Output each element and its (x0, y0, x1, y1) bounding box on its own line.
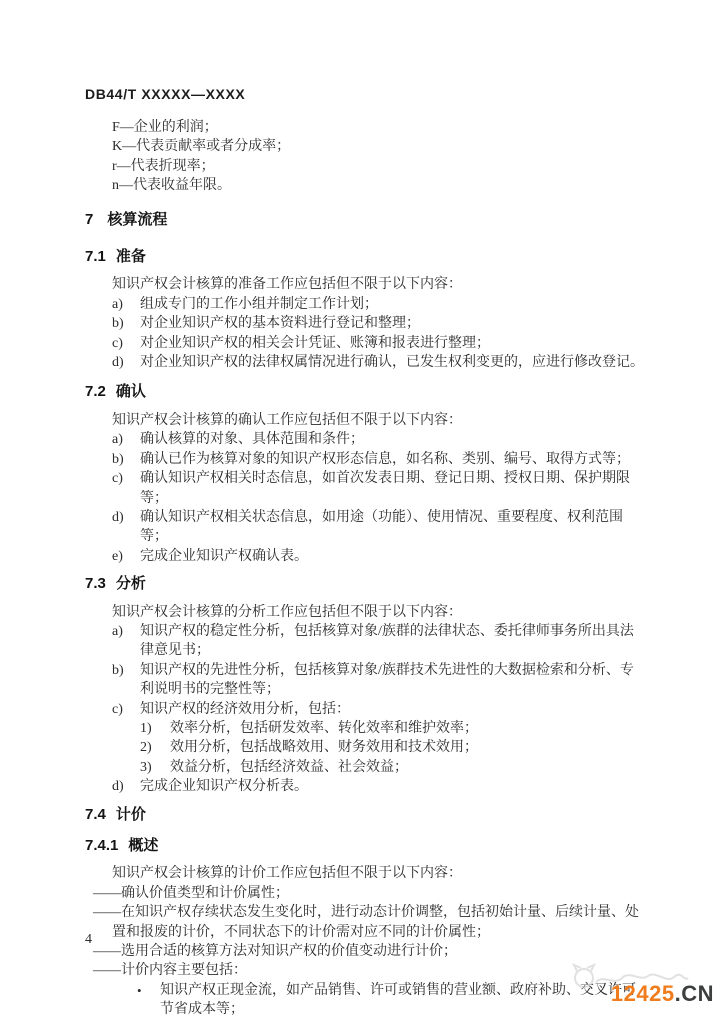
watermark-number: 12425 (611, 981, 675, 1006)
section-title: 确认 (116, 382, 146, 401)
chapter-number: 7 (85, 210, 93, 229)
list-item-text: 对企业知识产权的基本资料进行登记和整理； (140, 314, 645, 333)
section-7-4-heading: 7.4 计价 (85, 805, 645, 824)
list-item: c) 确认知识产权相关时态信息，如首次发表日期、登记日期、授权日期、保护期限等； (112, 469, 645, 508)
section-7-2-heading: 7.2 确认 (85, 382, 645, 401)
sublist-item: 2) 效用分析，包括战略效用、财务效用和技术效用； (140, 738, 645, 757)
list-item-label: d) (112, 353, 140, 372)
definition-line: r—代表折现率； (112, 157, 645, 176)
section-title: 准备 (116, 247, 146, 266)
section-7-3-list-d: d) 完成企业知识产权分析表。 (112, 777, 645, 796)
sublist-item: 1) 效率分析，包括研发效率、转化效率和维护效率； (140, 719, 645, 738)
chapter-title: 核算流程 (107, 210, 167, 229)
list-item-label: c) (112, 469, 140, 508)
list-item: d) 完成企业知识产权分析表。 (112, 777, 645, 796)
list-item: c) 对企业知识产权的相关会计凭证、账簿和报表进行整理； (112, 334, 645, 353)
sublist-item-label: 1) (140, 719, 170, 738)
dash-list-item: ——在知识产权存续状态发生变化时，进行动态计价调整，包括初始计量、后续计量、处置… (93, 903, 645, 942)
sublist-item-text: 效用分析，包括战略效用、财务效用和技术效用； (170, 738, 645, 757)
list-item-text: 确认核算的对象、具体范围和条件； (140, 430, 645, 449)
section-7-1-list: a) 组成专门的工作小组并制定工作计划； b) 对企业知识产权的基本资料进行登记… (112, 295, 645, 373)
list-item-text: 完成企业知识产权确认表。 (140, 547, 645, 566)
list-item-label: a) (112, 430, 140, 449)
section-7-3-sublist: 1) 效率分析，包括研发效率、转化效率和维护效率； 2) 效用分析，包括战略效用… (140, 719, 645, 777)
formula-definitions: F—企业的利润； K—代表贡献率或者分成率； r—代表折现率； n—代表收益年限… (112, 118, 645, 196)
list-item-text: 对企业知识产权的相关会计凭证、账簿和报表进行整理； (140, 334, 645, 353)
list-item-text: 确认知识产权相关时态信息，如首次发表日期、登记日期、授权日期、保护期限等； (140, 469, 645, 508)
list-item: b) 对企业知识产权的基本资料进行登记和整理； (112, 314, 645, 333)
section-title: 计价 (116, 805, 146, 824)
document-page: DB44/T XXXXX—XXXX F—企业的利润； K—代表贡献率或者分成率；… (0, 0, 720, 1018)
list-item-label: c) (112, 334, 140, 353)
section-number: 7.1 (85, 247, 106, 266)
section-7-1-intro: 知识产权会计核算的准备工作应包括但不限于以下内容： (112, 275, 645, 294)
list-item: a) 组成专门的工作小组并制定工作计划； (112, 295, 645, 314)
list-item-label: a) (112, 295, 140, 314)
section-title: 分析 (116, 574, 146, 593)
definition-line: n—代表收益年限。 (112, 176, 645, 195)
list-item: a) 知识产权的稳定性分析，包括核算对象/族群的法律状态、委托律师事务所出具法律… (112, 622, 645, 661)
section-7-4-1-heading: 7.4.1 概述 (85, 836, 645, 855)
section-7-4-1-intro: 知识产权会计核算的计价工作应包括但不限于以下内容： (112, 864, 645, 883)
list-item: a) 确认核算的对象、具体范围和条件； (112, 430, 645, 449)
section-7-2-intro: 知识产权会计核算的确认工作应包括但不限于以下内容： (112, 411, 645, 430)
sublist-item-label: 3) (140, 758, 170, 777)
list-item-text: 组成专门的工作小组并制定工作计划； (140, 295, 645, 314)
list-item-text: 知识产权的经济效用分析，包括： (140, 700, 645, 719)
list-item-text: 确认已作为核算对象的知识产权形态信息，如名称、类别、编号、取得方式等； (140, 450, 645, 469)
document-body: F—企业的利润； K—代表贡献率或者分成率； r—代表折现率； n—代表收益年限… (85, 118, 645, 1018)
watermark-text: 12425.CN (611, 982, 714, 1006)
section-number: 7.3 (85, 574, 106, 593)
list-item-text: 知识产权的稳定性分析，包括核算对象/族群的法律状态、委托律师事务所出具法律意见书… (140, 622, 645, 661)
page-number: 4 (85, 932, 92, 948)
section-number: 7.4 (85, 805, 106, 824)
sublist-item-text: 效率分析，包括研发效率、转化效率和维护效率； (170, 719, 645, 738)
definition-line: K—代表贡献率或者分成率； (112, 137, 645, 156)
sublist-item-label: 2) (140, 738, 170, 757)
watermark: 12425.CN (558, 960, 718, 1006)
bullet-icon: • (137, 981, 160, 1018)
list-item-label: b) (112, 314, 140, 333)
list-item-label: c) (112, 700, 140, 719)
section-number: 7.2 (85, 382, 106, 401)
list-item: c) 知识产权的经济效用分析，包括： (112, 700, 645, 719)
dash-list-item: ——确认价值类型和计价属性； (93, 884, 645, 903)
list-item: d) 确认知识产权相关状态信息，如用途（功能）、使用情况、重要程度、权利范围等； (112, 508, 645, 547)
list-item-label: a) (112, 622, 140, 661)
list-item: b) 知识产权的先进性分析，包括核算对象/族群技术先进性的大数据检索和分析、专利… (112, 661, 645, 700)
list-item: b) 确认已作为核算对象的知识产权形态信息，如名称、类别、编号、取得方式等； (112, 450, 645, 469)
list-item: e) 完成企业知识产权确认表。 (112, 547, 645, 566)
list-item-text: 完成企业知识产权分析表。 (140, 777, 645, 796)
section-7-3-list: a) 知识产权的稳定性分析，包括核算对象/族群的法律状态、委托律师事务所出具法律… (112, 622, 645, 719)
section-number: 7.4.1 (85, 836, 118, 855)
section-title: 概述 (128, 836, 158, 855)
list-item-text: 确认知识产权相关状态信息，如用途（功能）、使用情况、重要程度、权利范围等； (140, 508, 645, 547)
list-item-label: b) (112, 450, 140, 469)
sublist-item-text: 效益分析，包括经济效益、社会效益； (170, 758, 645, 777)
watermark-domain: .CN (675, 981, 714, 1006)
list-item-label: d) (112, 508, 140, 547)
list-item-text: 知识产权的先进性分析，包括核算对象/族群技术先进性的大数据检索和分析、专利说明书… (140, 661, 645, 700)
list-item-label: d) (112, 777, 140, 796)
sublist-item: 3) 效益分析，包括经济效益、社会效益； (140, 758, 645, 777)
definition-line: F—企业的利润； (112, 118, 645, 137)
list-item-text: 对企业知识产权的法律权属情况进行确认，已发生权利变更的，应进行修改登记。 (140, 353, 645, 372)
section-7-2-list: a) 确认核算的对象、具体范围和条件； b) 确认已作为核算对象的知识产权形态信… (112, 430, 645, 566)
list-item: d) 对企业知识产权的法律权属情况进行确认，已发生权利变更的，应进行修改登记。 (112, 353, 645, 372)
section-7-1-heading: 7.1 准备 (85, 247, 645, 266)
doc-code-header: DB44/T XXXXX—XXXX (85, 86, 245, 102)
list-item-label: b) (112, 661, 140, 700)
section-7-3-heading: 7.3 分析 (85, 574, 645, 593)
list-item-label: e) (112, 547, 140, 566)
section-7-3-intro: 知识产权会计核算的分析工作应包括但不限于以下内容： (112, 603, 645, 622)
dash-list-item: ——选用合适的核算方法对知识产权的价值变动进行计价； (93, 942, 645, 961)
chapter-7-heading: 7 核算流程 (85, 210, 645, 229)
